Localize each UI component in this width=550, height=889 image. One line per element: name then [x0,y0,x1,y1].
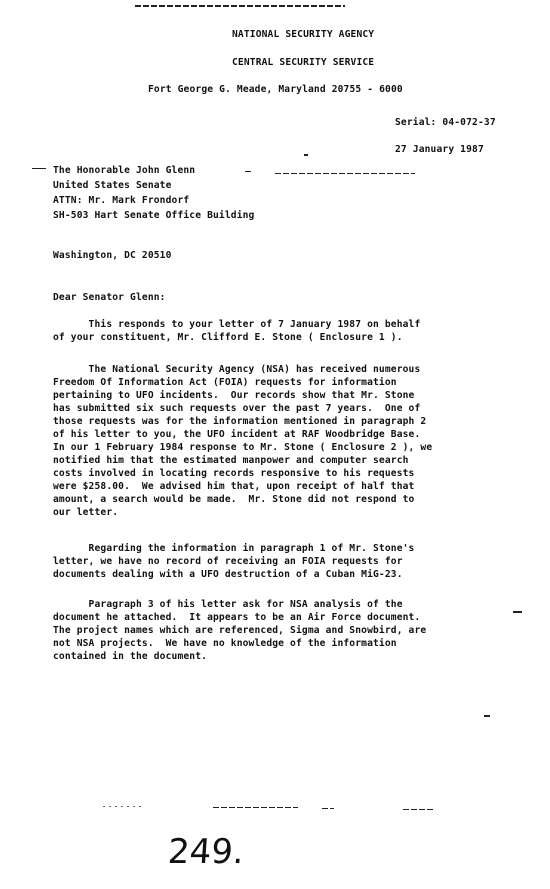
letterhead-agency: NATIONAL SECURITY AGENCY [232,28,374,41]
bottom-scan-rule [322,808,334,809]
margin-mark [513,611,522,613]
paragraph-line: The project names which are referenced, … [53,624,426,637]
paragraph-line: our letter. [53,506,432,519]
paragraph-line: amount, a search would be made. Mr. Ston… [53,493,432,506]
scan-rule [275,173,415,174]
paragraph-line: Freedom Of Information Act (FOIA) reques… [53,376,432,389]
letterhead-address: Fort George G. Meade, Maryland 20755 - 6… [148,83,403,96]
recipient-city: Washington, DC 20510 [53,249,172,262]
margin-mark [484,715,490,717]
paragraph-line: documents dealing with a UFO destruction… [53,568,414,581]
paragraph-line: were $258.00. We advised him that, upon … [53,480,432,493]
paragraph-3: Regarding the information in paragraph 1… [53,542,414,581]
scan-mark [304,154,308,156]
paragraph-line: has submitted six such requests over the… [53,402,432,415]
paragraph-line: The National Security Agency (NSA) has r… [53,363,432,376]
paragraph-line: letter, we have no record of receiving a… [53,555,414,568]
paragraph-line: of your constituent, Mr. Clifford E. Sto… [53,331,420,344]
paragraph-line: In our 1 February 1984 response to Mr. S… [53,441,432,454]
scan-rule [245,171,253,172]
paragraph-line: not NSA projects. We have no knowledge o… [53,637,426,650]
paragraph-4: Paragraph 3 of his letter ask for NSA an… [53,598,426,663]
paragraph-1: This responds to your letter of 7 Januar… [53,318,420,344]
recipient-line: ATTN: Mr. Mark Frondorf [53,194,189,207]
paragraph-line: notified him that the estimated manpower… [53,454,432,467]
handwritten-page-number: 249. [167,832,246,872]
paragraph-line: pertaining to UFO incidents. Our records… [53,389,432,402]
paragraph-2: The National Security Agency (NSA) has r… [53,363,432,519]
bottom-scan-rule [103,806,143,807]
paragraph-line: Paragraph 3 of his letter ask for NSA an… [53,598,426,611]
recipient-line: United States Senate [53,179,172,192]
top-scan-rule [135,5,345,7]
paragraph-line: document he attached. It appears to be a… [53,611,426,624]
paragraph-line: Regarding the information in paragraph 1… [53,542,414,555]
letter-date: 27 January 1987 [395,143,484,156]
letterhead-service: CENTRAL SECURITY SERVICE [232,56,374,69]
paragraph-line: those requests was for the information m… [53,415,432,428]
paragraph-line: contained in the document. [53,650,426,663]
paragraph-line: costs involved in locating records respo… [53,467,432,480]
recipient-line: SH-503 Hart Senate Office Building [53,209,254,222]
bottom-scan-rule [403,809,433,810]
recipient-line: The Honorable John Glenn [53,164,195,177]
paragraph-line: of his letter to you, the UFO incident a… [53,428,432,441]
serial-number: Serial: 04-072-37 [395,116,496,129]
scan-mark [32,168,46,169]
salutation: Dear Senator Glenn: [53,291,166,304]
bottom-scan-rule [213,807,298,808]
paragraph-line: This responds to your letter of 7 Januar… [53,318,420,331]
